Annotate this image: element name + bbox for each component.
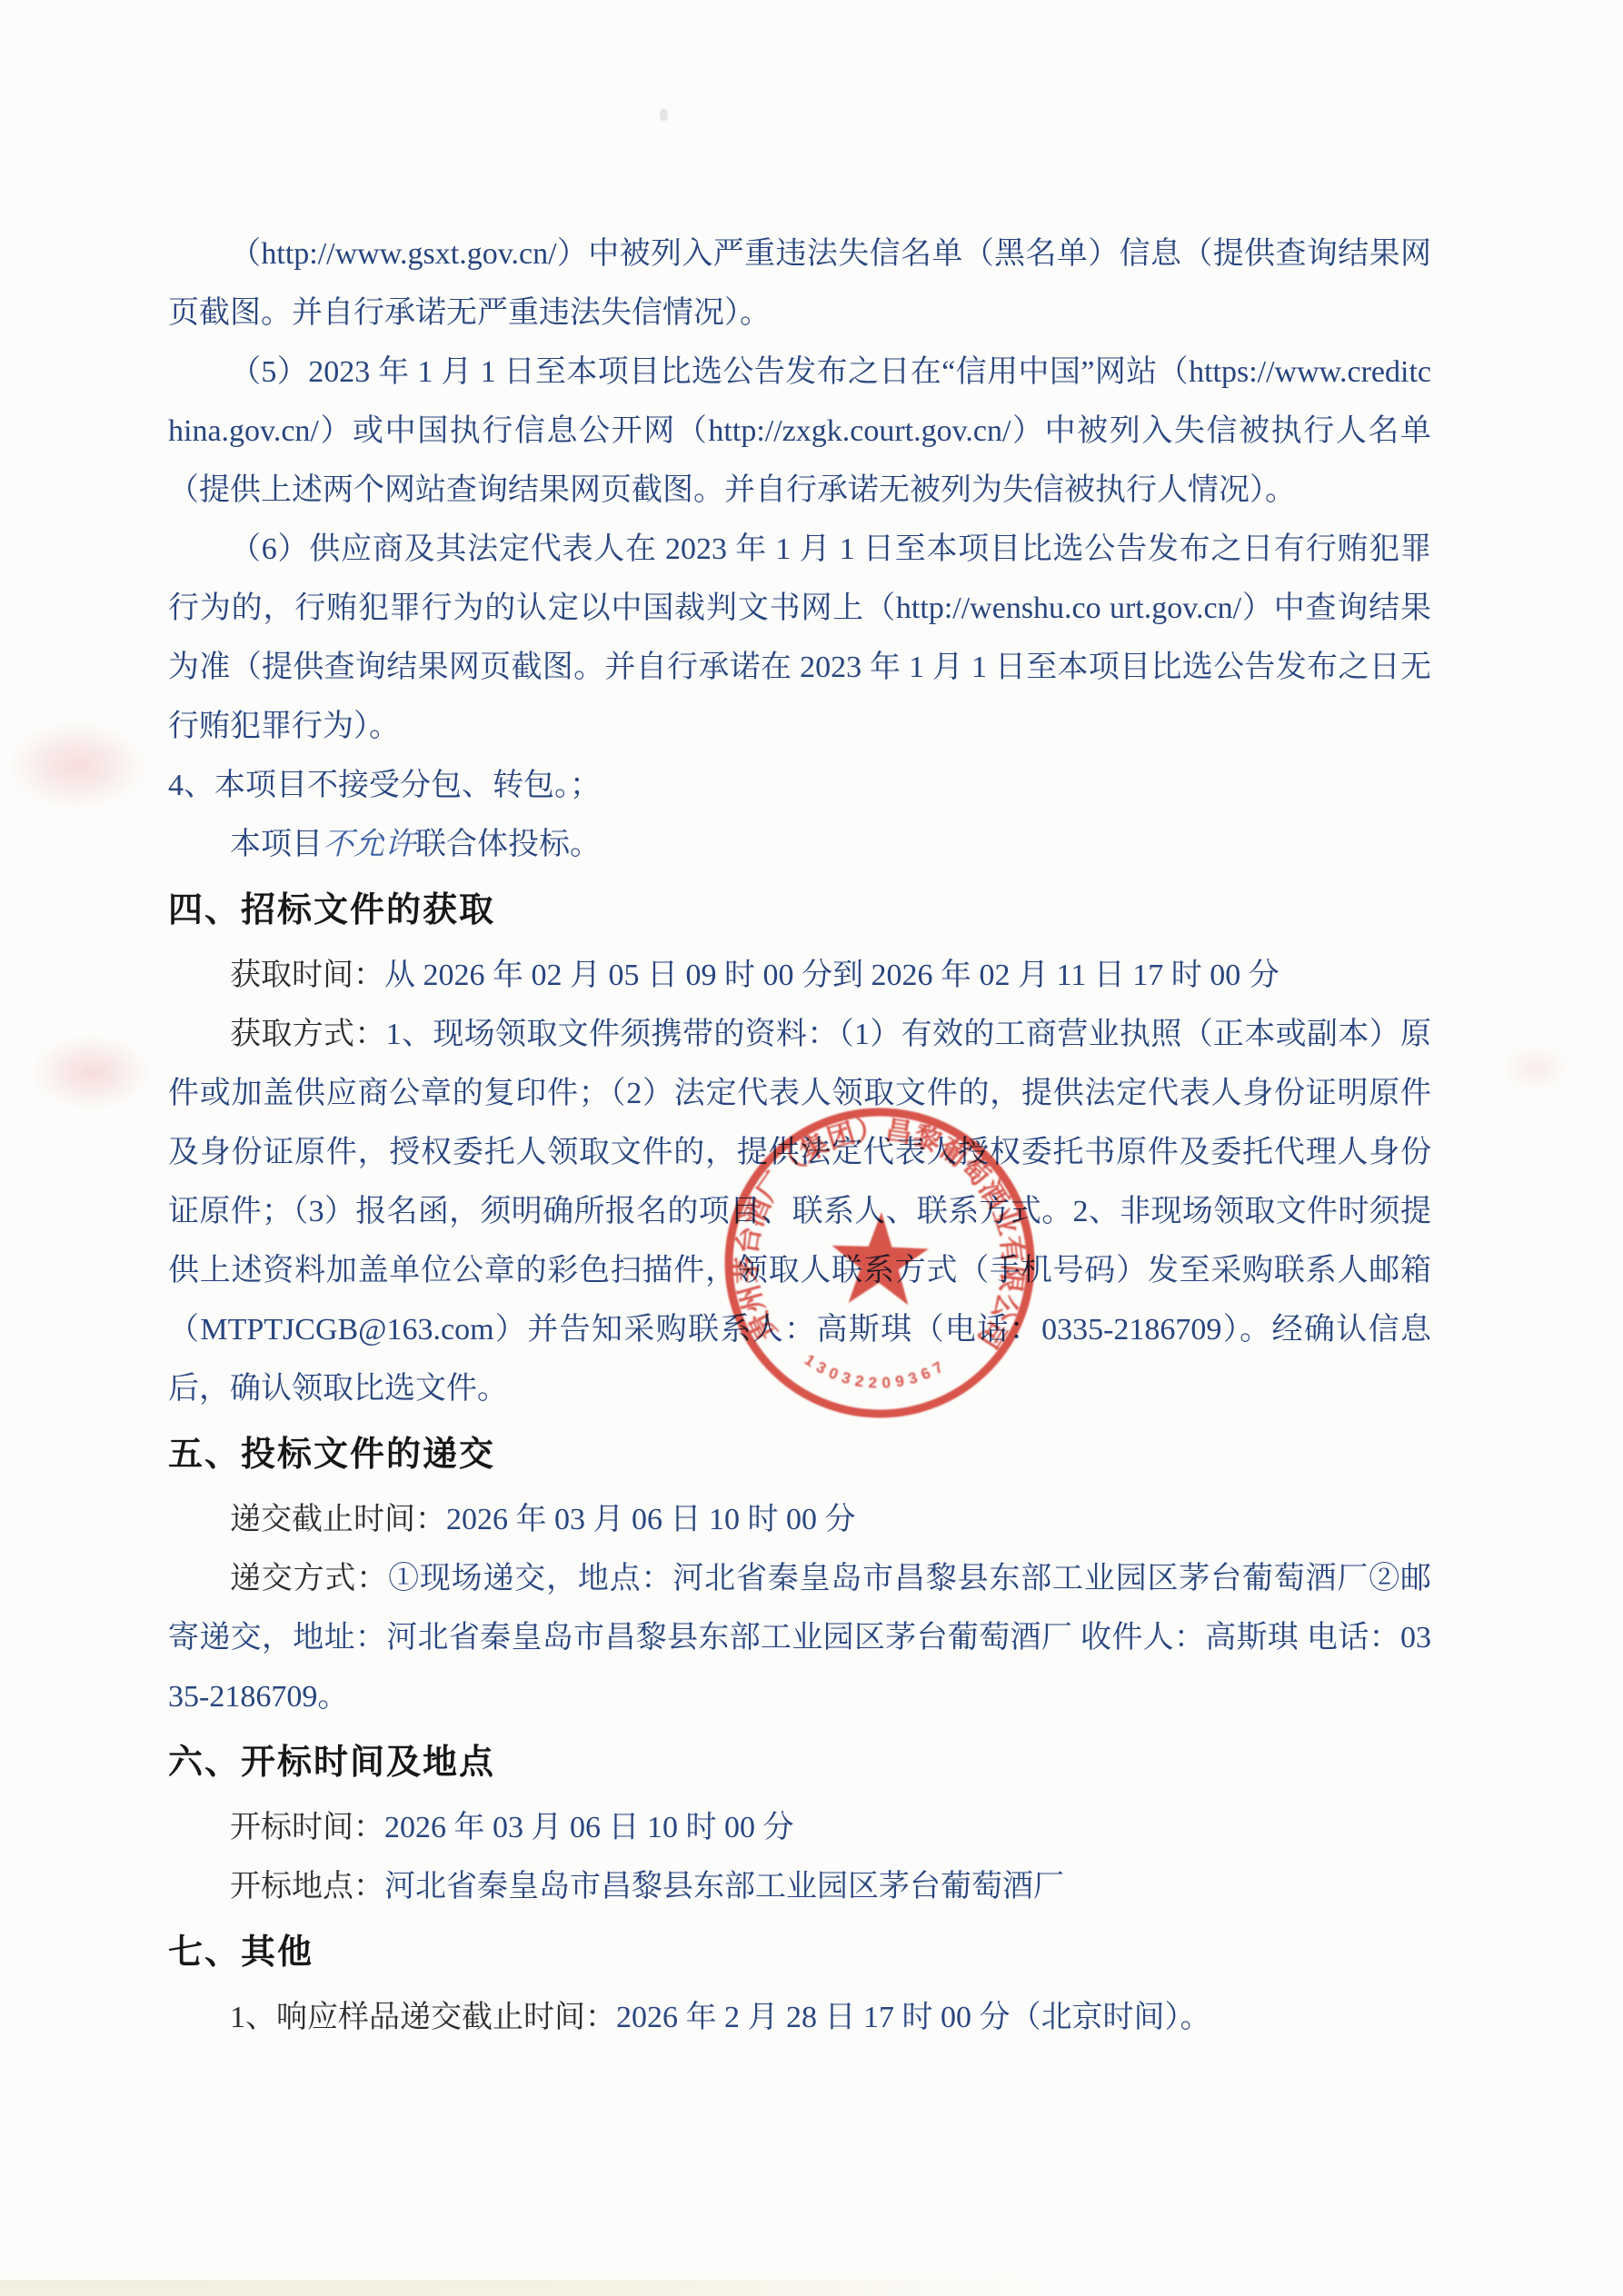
field-label: 开标地点：	[230, 1870, 384, 1903]
paragraph: （5）2023 年 1 月 1 日至本项目比选公告发布之日在“信用中国”网站（h…	[168, 343, 1431, 520]
paragraph: 开标地点：河北省秦皇岛市昌黎县东部工业园区茅台葡萄酒厂	[168, 1857, 1431, 1916]
paragraph: （http://www.gsxt.gov.cn/）中被列入严重违法失信名单（黑名…	[168, 224, 1431, 343]
paragraph: 递交截止时间：2026 年 03 月 06 日 10 时 00 分	[168, 1490, 1431, 1549]
field-label: 递交截止时间：	[230, 1503, 446, 1536]
section-heading: 七、其他	[168, 1923, 1431, 1983]
seal-star-icon	[830, 1210, 930, 1306]
field-label: 获取时间：	[230, 959, 384, 992]
paragraph: 本项目不允许联合体投标。	[168, 815, 1431, 874]
paragraph: 开标时间：2026 年 03 月 06 日 10 时 00 分	[168, 1798, 1431, 1857]
paragraph: 递交方式：①现场递交，地点：河北省秦皇岛市昌黎县东部工业园区茅台葡萄酒厂②邮寄递…	[168, 1549, 1431, 1726]
text-run: 七、其他	[168, 1933, 314, 1972]
paragraph: （6）供应商及其法定代表人在 2023 年 1 月 1 日至本项目比选公告发布之…	[168, 520, 1431, 756]
paragraph: 1、响应样品递交截止时间：2026 年 2 月 28 日 17 时 00 分（北…	[168, 1988, 1431, 2047]
field-label: 开标时间：	[230, 1811, 384, 1844]
text-run: （5）2023 年 1 月 1 日至本项目比选公告发布之日在“信用中国”网站（h…	[168, 355, 1431, 507]
text-run: 五、投标文件的递交	[168, 1436, 495, 1474]
paragraph: 获取时间：从 2026 年 02 月 05 日 09 时 00 分到 2026 …	[168, 946, 1431, 1005]
section-heading: 六、开标时间及地点	[168, 1734, 1431, 1793]
text-run: 不允许	[323, 828, 415, 861]
text-run: 本项目	[230, 828, 323, 861]
field-label: 1、响应样品递交截止时间：	[230, 2001, 616, 2034]
text-run: 六、开标时间及地点	[168, 1744, 495, 1782]
scan-edge-artifact	[0, 2280, 1045, 2296]
text-run: 从 2026 年 02 月 05 日 09 时 00 分到 2026 年 02 …	[384, 959, 1279, 992]
text-run: 四、招标文件的获取	[168, 891, 495, 929]
scanned-page: { "colors": { "body": "#28457f", "label"…	[0, 0, 1623, 2296]
seal-serial-number: 13032209367	[801, 1351, 951, 1395]
scan-speck	[660, 109, 668, 121]
field-label: 获取方式：	[230, 1018, 386, 1051]
seal-svg: 贵州茅台酒厂（集团）昌黎葡萄酒业有限公司 13032209367	[715, 1098, 1046, 1429]
text-run: 联合体投标。	[415, 828, 601, 861]
text-run: 2026 年 2 月 28 日 17 时 00 分（北京时间）。	[616, 2001, 1211, 2034]
text-run: （6）供应商及其法定代表人在 2023 年 1 月 1 日至本项目比选公告发布之…	[168, 532, 1431, 743]
scan-smudge	[1504, 1045, 1568, 1090]
scan-smudge	[9, 722, 145, 809]
section-heading: 四、招标文件的获取	[168, 881, 1431, 940]
text-run: （http://www.gsxt.gov.cn/）中被列入严重违法失信名单（黑名…	[168, 237, 1431, 330]
field-label: 递交方式：	[230, 1562, 388, 1595]
section-heading: 五、投标文件的递交	[168, 1426, 1431, 1485]
text-run: 4、本项目不接受分包、转包。；	[168, 769, 601, 802]
company-seal-stamp: 贵州茅台酒厂（集团）昌黎葡萄酒业有限公司 13032209367	[715, 1098, 1046, 1429]
text-run: 2026 年 03 月 06 日 10 时 00 分	[384, 1811, 794, 1844]
paragraph: 4、本项目不接受分包、转包。；	[168, 756, 1431, 815]
text-run: 2026 年 03 月 06 日 10 时 00 分	[446, 1503, 856, 1536]
scan-smudge	[32, 1036, 150, 1108]
text-run: 河北省秦皇岛市昌黎县东部工业园区茅台葡萄酒厂	[384, 1870, 1064, 1903]
